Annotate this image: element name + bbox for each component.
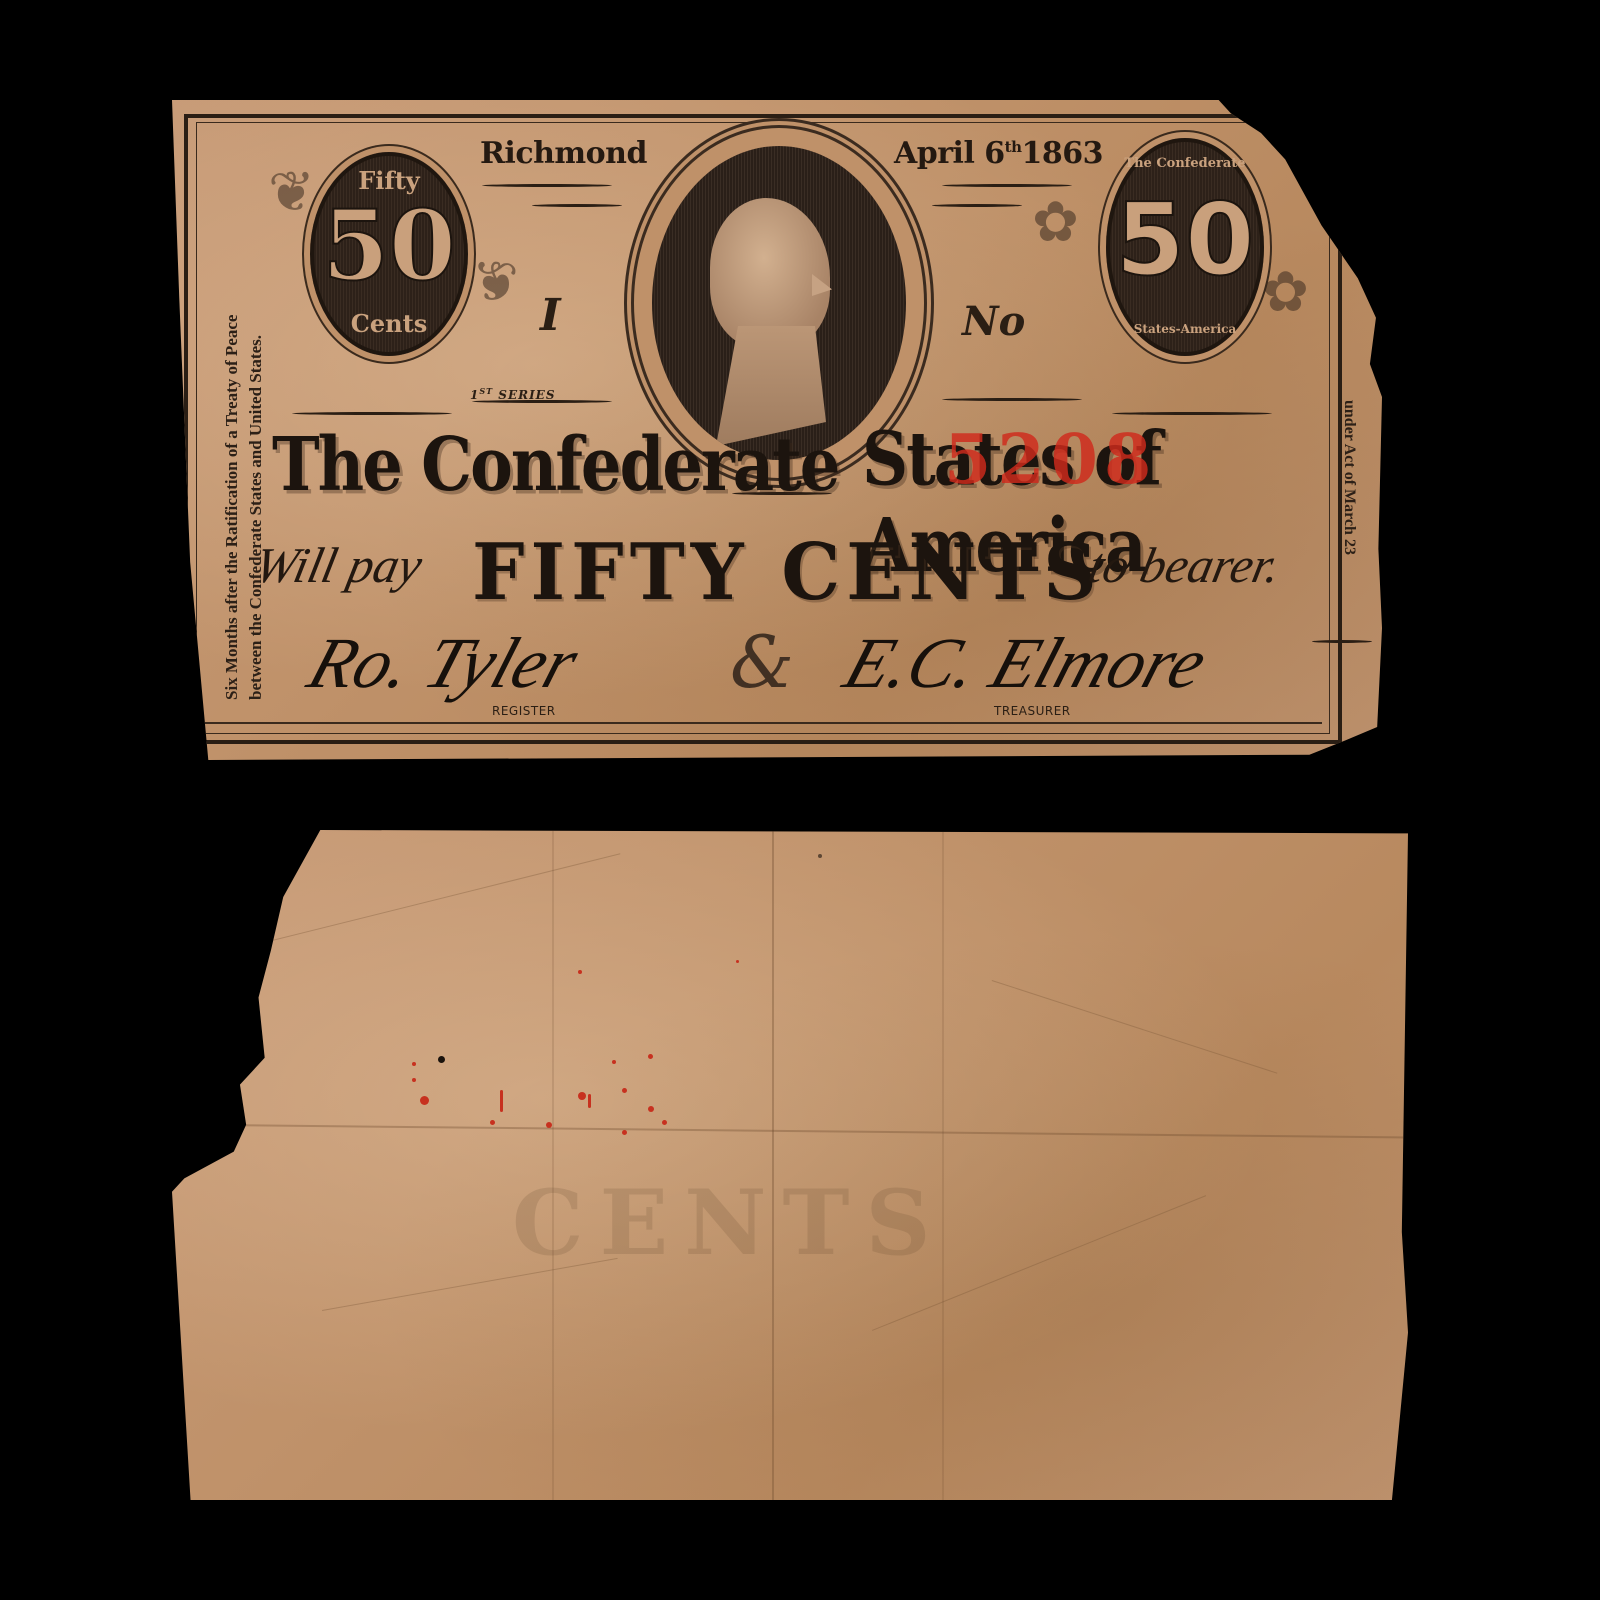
title-left: The Confederate (272, 422, 839, 508)
date-text: April 6 (894, 136, 1005, 171)
crease (232, 853, 620, 951)
fold-line-vertical (772, 830, 774, 1500)
show-through-text: CENTS (512, 1170, 946, 1276)
red-ink-spot (648, 1106, 654, 1112)
amount-text: FIFTY CENTS (472, 528, 1103, 618)
note-back: CENTS (172, 830, 1408, 1500)
fold-line-vertical (552, 830, 554, 1500)
red-ink-spot (662, 1120, 667, 1125)
portrait-head (710, 198, 830, 348)
red-ink-spot (578, 970, 582, 974)
red-ink-spot (500, 1090, 503, 1112)
fold-line-vertical (942, 830, 944, 1500)
date-year: 1863 (1022, 136, 1104, 171)
red-ink-spot (612, 1060, 616, 1064)
wreath-left-icon: ❦ (268, 160, 315, 225)
medallion-bottom-word: States-America (1110, 322, 1260, 336)
series-word: SERIES (498, 388, 555, 402)
issue-date: April 6th1863 (894, 136, 1103, 171)
promise-suffix: to bearer. (1084, 536, 1286, 594)
series-suffix: ST (479, 386, 493, 396)
crease (322, 1258, 618, 1311)
red-ink-spot (622, 1088, 627, 1093)
serial-number: 5208 (944, 420, 1157, 500)
flourish-line (932, 204, 1022, 207)
red-ink-spot (578, 1092, 586, 1100)
medallion-value: 50 (1110, 190, 1260, 290)
ampersand-ornament-icon: & (730, 620, 794, 704)
red-ink-spot (546, 1122, 552, 1128)
series-label: 1ST SERIES (470, 386, 556, 402)
red-ink-spot (412, 1078, 416, 1082)
flourish-line (942, 184, 1072, 187)
left-denomination-medallion: Fifty 50 Cents (310, 152, 468, 356)
register-signature: Ro. Tyler (299, 622, 589, 705)
medallion-value: 50 (314, 198, 464, 294)
red-ink-spot (412, 1062, 416, 1066)
bottom-rule (200, 722, 1322, 724)
series-letter: I (540, 290, 561, 341)
series-ordinal: 1 (470, 388, 479, 402)
date-suffix: th (1005, 138, 1022, 156)
flourish-line (532, 204, 622, 207)
promise-prefix: Will pay (250, 536, 428, 594)
treasurer-label: TREASURER (994, 704, 1071, 718)
portrait-icon (652, 146, 906, 460)
crease (992, 980, 1278, 1074)
ink-spot (818, 854, 822, 858)
floral-right-icon: ✿ (1032, 190, 1079, 255)
flourish-line (292, 412, 452, 415)
wreath-left-icon-2: ❦ (472, 250, 519, 315)
flourish-line (482, 184, 612, 187)
red-ink-spot (648, 1054, 653, 1059)
flourish-line (1112, 412, 1272, 415)
red-ink-spot (490, 1120, 495, 1125)
note-front: Six Months after the Ratification of a T… (172, 100, 1382, 760)
flourish-line (1312, 640, 1372, 643)
red-ink-spot (622, 1130, 627, 1135)
red-ink-spot (420, 1096, 429, 1105)
right-denomination-medallion: The Confederate 50 States-America (1106, 138, 1264, 356)
left-margin-text: Six Months after the Ratification of a T… (210, 150, 270, 710)
medallion-bottom-word: Cents (314, 309, 464, 338)
red-ink-spot (588, 1094, 591, 1108)
flourish-line (942, 398, 1082, 401)
margin-text-line-1: Six Months after the Ratification of a T… (222, 315, 242, 700)
medallion-top-word: The Confederate (1110, 156, 1260, 171)
ink-spot (438, 1056, 445, 1063)
register-label: REGISTER (492, 704, 556, 718)
issue-place: Richmond (480, 136, 647, 171)
number-mark: No (962, 298, 1025, 345)
fold-line-horizontal (172, 1124, 1408, 1139)
floral-right-icon-2: ✿ (1262, 260, 1309, 325)
treasurer-signature: E.C. Elmore (835, 622, 1217, 705)
red-ink-spot (736, 960, 739, 963)
margin-text-line-2: between the Confederate States and Unite… (246, 335, 266, 700)
